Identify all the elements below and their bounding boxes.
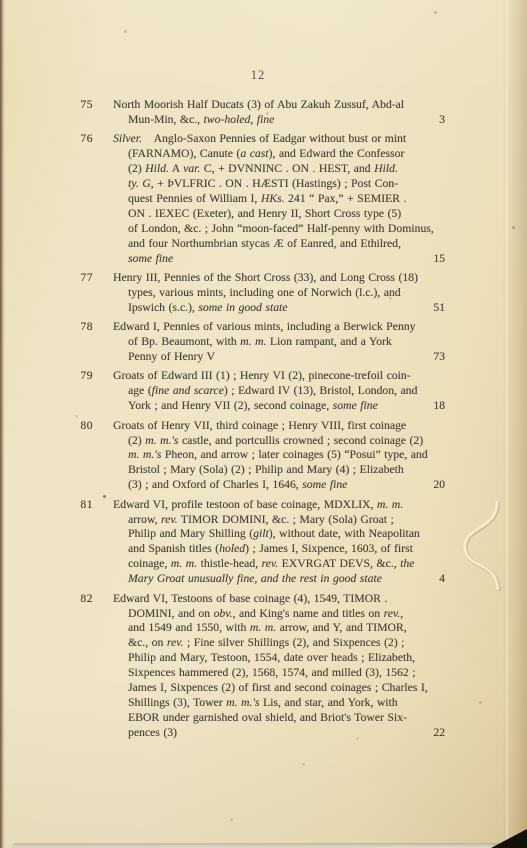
lot-line: Edward VI, profile testoon of base coina… (113, 498, 445, 513)
lot-line: m. m.'s Pheon, and arrow ; later coinage… (113, 448, 445, 463)
lot-line: Groats of Edward III (1) ; Henry VI (2),… (113, 369, 445, 384)
lot-line: North Moorish Half Ducats (3) of Abu Zak… (113, 98, 445, 113)
lot-text: 241 “ Pax,” + SEMIER . (285, 192, 407, 205)
lot-text-italic: rev. (167, 636, 184, 649)
lot-line: Penny of Henry V (113, 350, 445, 365)
lot-line: EBOR under garnished oval shield, and Br… (113, 711, 445, 726)
lot-text-italic: two-holed, fine (204, 113, 275, 126)
lot-text: , (400, 607, 403, 620)
lot-text: Groats of Henry VII, third coinage ; Hen… (113, 419, 406, 432)
lot-text: of Bp. Beaumont, with (128, 335, 240, 348)
lot-text: Philip and Mary Shilling ( (128, 527, 253, 540)
lot-text: (2) (128, 434, 145, 447)
lot-text-italic: m. m. (377, 498, 403, 511)
lot-line: ty. G, + ÞVLFRIC . ON . HÆSTI (Hastings)… (113, 177, 445, 192)
lot-line: quest Pennies of William I, HKs. 241 “ P… (113, 192, 445, 207)
lot-text: Sixpences hammered (2), 1568, 1574, and … (128, 666, 415, 679)
lot-line: arrow, rev. TIMOR DOMINI, &c. ; Mary (So… (113, 513, 445, 528)
lot-number: 78 (74, 320, 93, 333)
lot-line: Groats of Henry VII, third coinage ; Hen… (113, 419, 445, 434)
lot-text: ) ; Edward IV (13), Bristol, London, and (224, 384, 418, 397)
lot-text: Edward I, Pennies of various mints, incl… (113, 320, 415, 333)
lot-text: (3) ; and Oxford of Charles I, 1646, (128, 478, 302, 491)
lot-line: Mun-Min, &c., two-holed, fine (113, 113, 445, 128)
lot-line: and 1549 and 1550, with m. m. arrow, and… (113, 621, 445, 636)
lot-text: EBOR under garnished oval shield, and Br… (128, 711, 407, 724)
lot-text: ) ; James I, Sixpence, 1603, of first (245, 542, 413, 555)
lot-text-italic: Silver. (113, 132, 142, 145)
lot-text: ), and Edward the Confessor (269, 147, 405, 160)
lot-line: Mary Groat unusually fine, and the rest … (113, 572, 445, 587)
page-number: 12 (0, 68, 516, 83)
lot-text: ; Fine silver Shillings (2), and Sixpenc… (183, 636, 404, 649)
bottom-scan-edge (12, 843, 527, 848)
lot-number: 79 (74, 369, 93, 382)
lot-text-italic: HKs. (261, 192, 285, 205)
lot-text: ), without date, with Neapolitan (269, 527, 420, 540)
lot-item: 79Groats of Edward III (1) ; Henry VI (2… (60, 369, 445, 414)
lot-value: 51 (433, 301, 445, 316)
lot-text: arrow, and Y, and TIMOR, (276, 621, 407, 634)
lot-text-italic: some in good state (198, 301, 287, 314)
lot-line: (FARNAMO), Canute (a cast), and Edward t… (113, 147, 445, 162)
lot-text-italic: Hild. (374, 162, 398, 175)
lot-text: age ( (128, 384, 152, 397)
lot-line: Philip and Mary, Testoon, 1554, date ove… (113, 651, 445, 666)
lot-text: Shillings (3), Tower (128, 696, 226, 709)
lot-text-italic: m. m.'s (226, 696, 259, 709)
right-page-edge-gradient (501, 0, 527, 848)
lot-text: (2) (128, 162, 145, 175)
lot-text-italic: a cast (240, 147, 268, 160)
lot-text-italic: rev. (384, 607, 401, 620)
lot-line: age (fine and scarce) ; Edward IV (13), … (113, 384, 445, 399)
lot-text: thistle-head, (197, 557, 262, 570)
lot-list: 75North Moorish Half Ducats (3) of Abu Z… (60, 98, 445, 745)
lot-line: coinage, m. m. thistle-head, rev. EXVRGA… (113, 557, 445, 572)
lot-text: TIMOR DOMINI, &c. ; Mary (Sola) Groat ; (178, 513, 394, 526)
lot-line: ON . IEXEC (Exeter), and Henry II, Short… (113, 207, 445, 222)
lot-line: some fine (113, 252, 445, 267)
lot-line: Edward I, Pennies of various mints, incl… (113, 320, 445, 335)
lot-text: arrow, (128, 513, 161, 526)
lot-line: types, various mints, including one of N… (113, 286, 445, 301)
lot-line: and Spanish titles (holed) ; James I, Si… (113, 542, 445, 557)
lot-line: and four Northumbrian stycas Æ of Eanred… (113, 237, 445, 252)
lot-number: 77 (74, 271, 93, 284)
lot-line: (2) Hild. A var. C, + DVNNINC . ON . HES… (113, 162, 445, 177)
lot-text: coinage, (128, 557, 171, 570)
scanned-page: { "theme": { "paper": "#efe4c4", "ink": … (0, 0, 527, 848)
lot-text: Anglo-Saxon Pennies of Eadgar without bu… (142, 132, 406, 145)
lot-text: Mun-Min, &c., (128, 113, 204, 126)
lot-value: 22 (433, 726, 445, 741)
lot-text: Edward VI, Testoons of base coinage (4),… (113, 592, 387, 605)
lot-line: James I, Sixpences (2) of first and seco… (113, 681, 445, 696)
lot-text-italic: rev. (161, 513, 178, 526)
lot-text-italic: ty. G, (128, 177, 154, 190)
lot-text: &c., on (128, 636, 167, 649)
lot-line: (3) ; and Oxford of Charles I, 1646, som… (113, 478, 445, 493)
lot-text: Groats of Edward III (1) ; Henry VI (2),… (113, 369, 411, 382)
lot-text-italic: rev. (262, 557, 279, 570)
lot-value: 15 (433, 252, 445, 267)
lot-line: Shillings (3), Tower m. m.'s Lis, and st… (113, 696, 445, 711)
lot-item: 81Edward VI, profile testoon of base coi… (60, 498, 445, 587)
lot-value: 4 (439, 572, 445, 587)
lot-text-italic: obv. (214, 607, 233, 620)
lot-line: Ipswich (s.c.), some in good state (113, 301, 445, 316)
lot-text: A (169, 162, 183, 175)
lot-text: Lis, and star, and York, with (259, 696, 397, 709)
lot-text: DOMINI, and on (128, 607, 214, 620)
lot-text-italic: m. m. (250, 621, 276, 634)
lot-text-italic: some fine (302, 478, 347, 491)
lot-text: James I, Sixpences (2) of first and seco… (128, 681, 428, 694)
lot-line: (2) m. m.'s castle, and portcullis crown… (113, 434, 445, 449)
lot-line: pences (3) (113, 726, 445, 741)
lot-text: types, various mints, including one of N… (128, 286, 401, 299)
lot-line: Edward VI, Testoons of base coinage (4),… (113, 592, 445, 607)
lot-line: York ; and Henry VII (2), second coinage… (113, 399, 445, 414)
lot-text-italic: Hild. (145, 162, 169, 175)
lot-text-italic: gilt (253, 527, 269, 540)
lot-value: 18 (433, 399, 445, 414)
foxing-specks (124, 30, 127, 33)
lot-line: Sixpences hammered (2), 1568, 1574, and … (113, 666, 445, 681)
lot-text: castle, and portcullis crowned ; second … (178, 434, 423, 447)
lot-text: Henry III, Pennies of the Short Cross (3… (113, 271, 418, 284)
lot-text-italic: Mary Groat unusually fine, and the rest … (128, 572, 382, 585)
lot-item: 76Silver. Anglo-Saxon Pennies of Eadgar … (60, 132, 445, 266)
lot-text: Lion rampant, and a York (266, 335, 391, 348)
lot-item: 77Henry III, Pennies of the Short Cross … (60, 271, 445, 316)
lot-text: EXVRGAT DEVS, &c., (278, 557, 400, 570)
lot-text: North Moorish Half Ducats (3) of Abu Zak… (113, 98, 404, 111)
lot-text: and Spanish titles ( (128, 542, 219, 555)
left-binding-edge-shadow (0, 0, 5, 848)
lot-number: 81 (74, 498, 93, 511)
lot-text: Ipswich (s.c.), (128, 301, 198, 314)
lot-text: C, + DVNNINC . ON . HEST, and (200, 162, 374, 175)
lot-text: pences (3) (128, 726, 177, 739)
lot-text: and 1549 and 1550, with (128, 621, 250, 634)
lot-text: (FARNAMO), Canute ( (128, 147, 240, 160)
lot-text: and four Northumbrian stycas Æ of Eanred… (128, 237, 401, 250)
lot-number: 80 (74, 419, 93, 432)
lot-line: Silver. Anglo-Saxon Pennies of Eadgar wi… (113, 132, 445, 147)
lot-text: , and King's name and titles on (233, 607, 384, 620)
lot-item: 82Edward VI, Testoons of base coinage (4… (60, 592, 445, 741)
lot-text: Edward VI, profile testoon of base coina… (113, 498, 377, 511)
lot-text: Pheon, and arrow ; later coinages (5) “P… (161, 448, 427, 461)
lot-text-italic: fine and scarce (152, 384, 224, 397)
lot-text-italic: some fine (128, 252, 173, 265)
lot-text-italic: var. (183, 162, 200, 175)
lot-text-italic: m. m. (240, 335, 266, 348)
lot-line: Philip and Mary Shilling (gilt), without… (113, 527, 445, 542)
lot-line: &c., on rev. ; Fine silver Shillings (2)… (113, 636, 445, 651)
lot-text-italic: m. m. (171, 557, 197, 570)
lot-text-italic: m. m.'s (145, 434, 178, 447)
lot-line: Henry III, Pennies of the Short Cross (3… (113, 271, 445, 286)
lot-text: Philip and Mary, Testoon, 1554, date ove… (128, 651, 415, 664)
lot-value: 3 (439, 113, 445, 128)
lot-item: 80Groats of Henry VII, third coinage ; H… (60, 419, 445, 494)
lot-line: of Bp. Beaumont, with m. m. Lion rampant… (113, 335, 445, 350)
lot-text-italic: some fine (333, 399, 378, 412)
lot-number: 75 (74, 98, 93, 111)
lot-text: Bristol ; Mary (Sola) (2) ; Philip and M… (128, 463, 404, 476)
lot-text: Penny of Henry V (128, 350, 215, 363)
lot-line: of London, &c. ; John “moon-faced” Half-… (113, 222, 445, 237)
lot-line: DOMINI, and on obv., and King's name and… (113, 607, 445, 622)
lot-text-italic: m. m.'s (128, 448, 161, 461)
lot-number: 82 (74, 592, 93, 605)
lot-line: Bristol ; Mary (Sola) (2) ; Philip and M… (113, 463, 445, 478)
right-edge-highlight (506, 0, 508, 848)
lot-number: 76 (74, 132, 93, 145)
lot-value: 20 (433, 478, 445, 493)
lot-text-italic: the (400, 557, 414, 570)
lot-text: quest Pennies of William I, (128, 192, 261, 205)
lot-text: of London, &c. ; John “moon-faced” Half-… (128, 222, 434, 235)
lot-text: York ; and Henry VII (2), second coinage… (128, 399, 333, 412)
lot-text: + ÞVLFRIC . ON . HÆSTI (Hastings) ; Post… (154, 177, 398, 190)
lot-item: 78Edward I, Pennies of various mints, in… (60, 320, 445, 365)
lot-item: 75North Moorish Half Ducats (3) of Abu Z… (60, 98, 445, 128)
lot-value: 73 (433, 350, 445, 365)
lot-text: ON . IEXEC (Exeter), and Henry II, Short… (128, 207, 401, 220)
lot-text-italic: holed (219, 542, 245, 555)
